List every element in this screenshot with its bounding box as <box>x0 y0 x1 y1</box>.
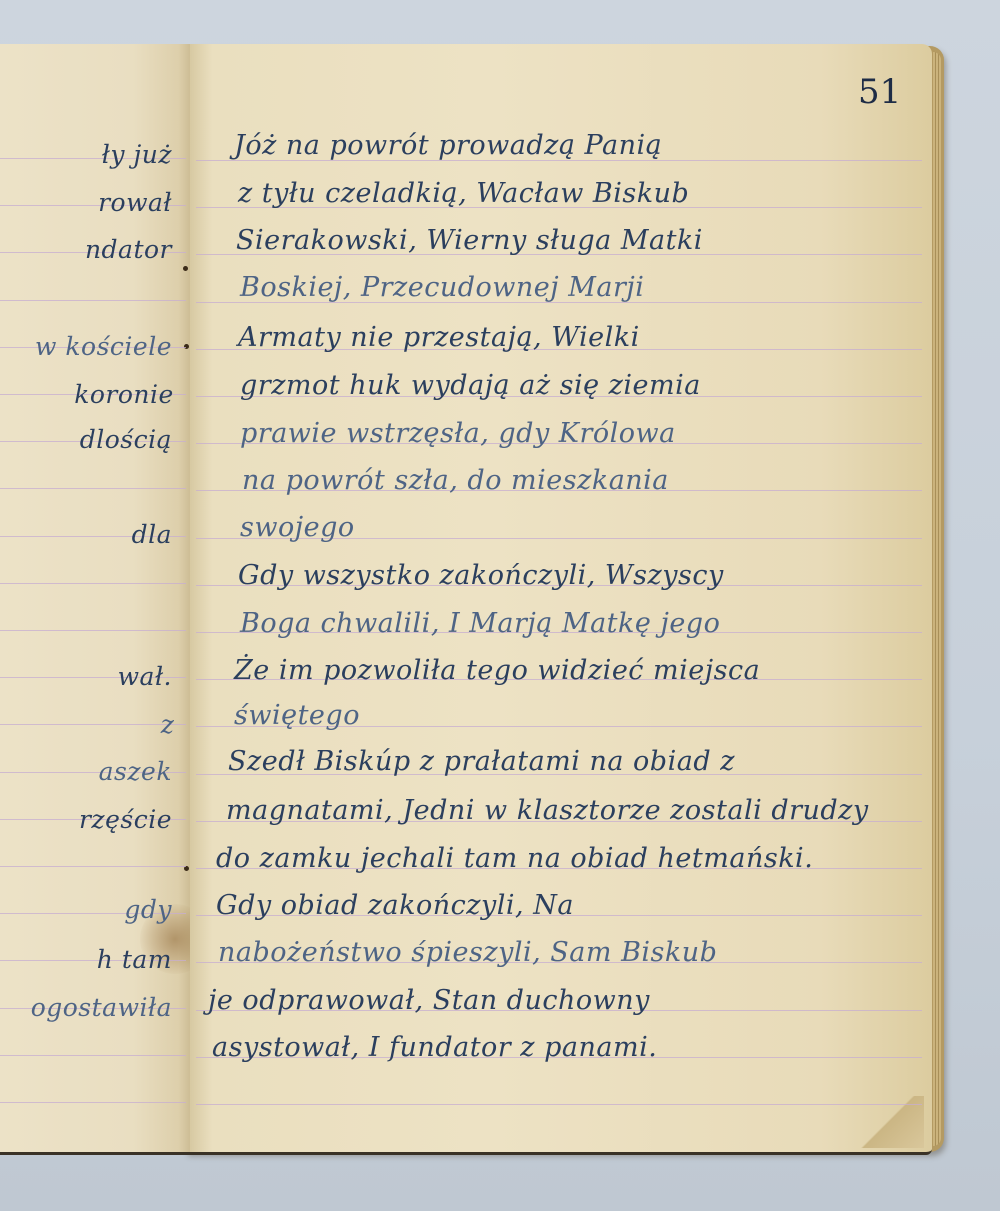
text-fragment: wał. <box>118 662 172 691</box>
text-line: magnatami, Jedni w klasztorze zostali dr… <box>226 795 869 826</box>
text-line: Jóż na powrót prowadzą Panią <box>234 130 662 161</box>
text-line: grzmot huk wydają aż się ziemia <box>240 370 701 401</box>
text-fragment: ndator <box>85 235 172 264</box>
ruled-line <box>0 866 186 867</box>
text-line: Że im pozwoliła tego widzieć miejsca <box>234 655 760 686</box>
ruled-line <box>0 1055 186 1056</box>
text-line: Sierakowski, Wierny sługa Matki <box>236 225 703 256</box>
ruled-line <box>0 583 186 584</box>
ruled-line <box>0 300 186 301</box>
text-fragment: gdy <box>124 895 172 924</box>
text-fragment: w kościele <box>35 332 172 361</box>
text-line: Gdy wszystko zakończyli, Wszyscy <box>238 560 724 591</box>
text-line: na powrót szła, do mieszkania <box>242 465 669 496</box>
ruled-line <box>0 1102 186 1103</box>
text-fragment: ogostawiła <box>31 993 172 1022</box>
ruled-line <box>0 630 186 631</box>
text-line: asystował, I fundator z panami. <box>212 1032 657 1063</box>
ruled-line <box>0 488 186 489</box>
text-line: Boskiej, Przecudownej Marji <box>240 272 644 303</box>
text-line: Armaty nie przestają, Wielki <box>238 322 640 353</box>
text-line: z tyłu czeladkią, Wacław Biskub <box>238 178 689 209</box>
text-line: Boga chwalili, I Marją Matkę jego <box>240 608 720 639</box>
text-line: nabożeństwo śpieszyli, Sam Biskub <box>218 937 717 968</box>
text-fragment: rował <box>98 188 172 217</box>
text-line: świętego <box>234 700 360 731</box>
text-fragment: ły już <box>102 140 172 169</box>
text-line: Szedł Biskúp z prałatami na obiad z <box>228 746 735 777</box>
text-fragment: aszek <box>99 757 172 786</box>
text-fragment: dlością <box>80 425 172 454</box>
ruled-line <box>0 724 186 725</box>
text-fragment: koronie <box>74 380 174 409</box>
text-line: Gdy obiad zakończyli, Na <box>216 890 574 921</box>
text-line: prawie wstrzęsła, gdy Królowa <box>240 418 676 449</box>
page-number: 51 <box>858 72 901 112</box>
text-line: je odprawował, Stan duchowny <box>208 985 650 1016</box>
staple-hole <box>183 266 188 271</box>
text-fragment: h tam <box>97 945 172 974</box>
ruled-line <box>196 1104 922 1105</box>
text-fragment: dla <box>132 520 172 549</box>
text-line: do zamku jechali tam na obiad hetmański. <box>216 843 813 874</box>
text-fragment: rzęście <box>79 805 172 834</box>
text-fragment: z <box>161 710 175 739</box>
text-line: swojego <box>240 512 355 543</box>
